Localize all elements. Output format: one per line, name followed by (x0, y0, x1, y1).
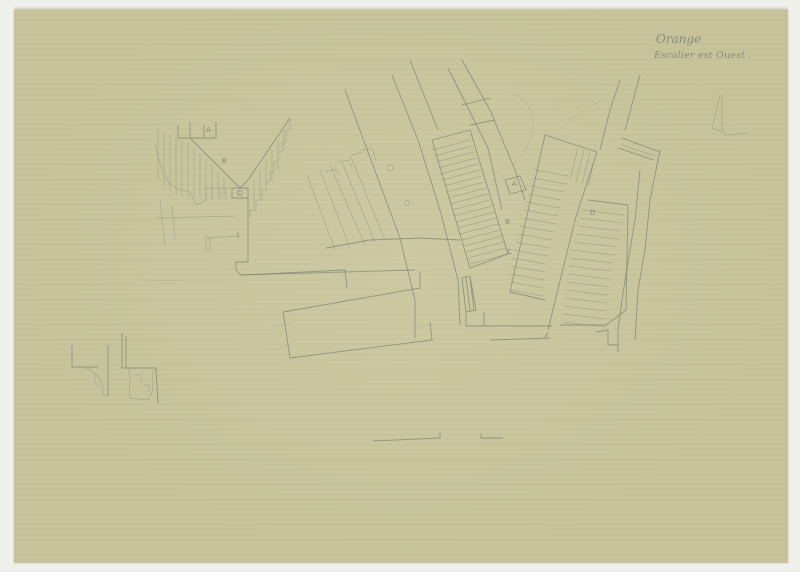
label-b-left: B (222, 157, 227, 165)
annotation-title: Orange (656, 32, 701, 46)
pencil-drawing (0, 0, 800, 572)
label-a-left: A (206, 126, 211, 134)
left-stair-sketch (155, 118, 415, 275)
right-curved-stairs (392, 60, 660, 352)
console-bracket-details (72, 333, 158, 404)
bottom-line-fragments (140, 280, 503, 441)
label-c-left: C (237, 189, 242, 197)
label-c-right: C (507, 248, 512, 256)
top-right-small-sketch (712, 95, 748, 135)
label-a-right: A (512, 180, 517, 188)
annotation-subtitle: Escalier est Ouest . (654, 50, 752, 61)
label-d-right: D (590, 209, 595, 217)
middle-diagonal-stair (242, 90, 460, 358)
label-b-right: B (505, 218, 510, 226)
